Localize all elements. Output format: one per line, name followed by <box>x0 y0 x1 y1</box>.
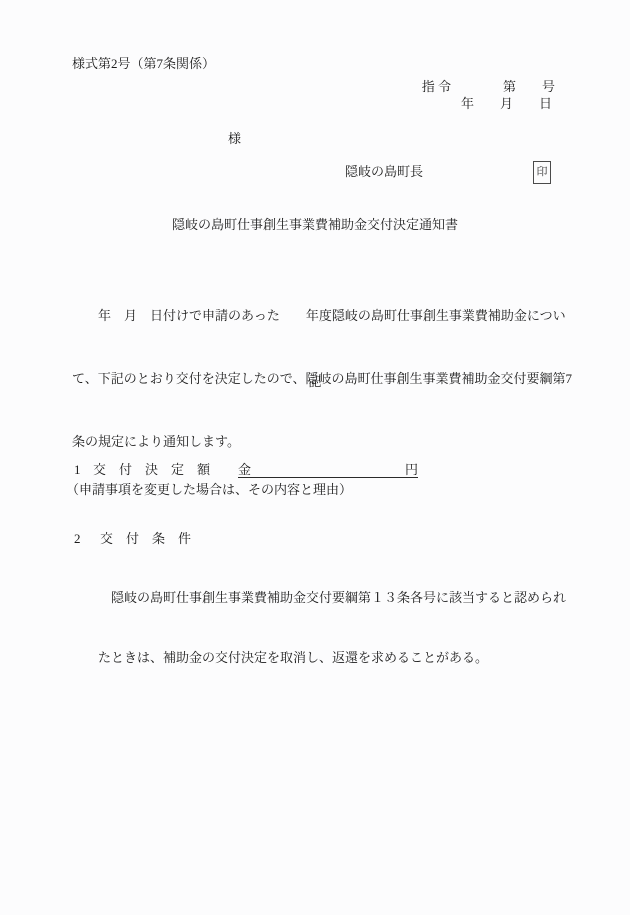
section1-note: （申請事項を変更した場合は、その内容と理由） <box>66 482 352 498</box>
date-line: 年 月 日 <box>461 96 552 112</box>
amount-suffix: 円 <box>405 462 418 477</box>
document-title: 隠岐の島町仕事創生事業費補助金交付決定通知書 <box>0 217 630 233</box>
seal-box: 印 <box>533 161 551 184</box>
addressee-honorific: 様 <box>228 131 241 147</box>
section2-heading-line: 2 交 付 条 件 <box>0 531 630 549</box>
section1-heading: 交 付 決 定 額 <box>93 462 210 478</box>
form-number: 様式第2号（第7条関係） <box>72 56 215 72</box>
ki-marker: 記 <box>0 374 630 390</box>
seal-label: 印 <box>537 166 548 180</box>
issuer-name: 隠岐の島町長 <box>345 164 423 180</box>
amount-blank-field: 金 円 <box>238 462 418 478</box>
section2-line: たときは、補助金の交付決定を取消し、返還を求めることがある。 <box>72 648 566 668</box>
section1-heading-line: 1 交 付 決 定 額 金 円 <box>0 462 630 480</box>
body-line: 条の規定により通知します。 <box>72 431 572 452</box>
section1-number: 1 <box>74 462 81 478</box>
section2-body: 隠岐の島町仕事創生事業費補助金交付要綱第１３条各号に該当すると認められ たときは… <box>72 548 566 708</box>
section2-heading: 交 付 条 件 <box>100 531 191 547</box>
section2-line: 隠岐の島町仕事創生事業費補助金交付要綱第１３条各号に該当すると認められ <box>72 588 566 608</box>
document-page: 様式第2号（第7条関係） 指 令 第 号 年 月 日 様 隠岐の島町長 印 隠岐… <box>0 0 630 915</box>
amount-prefix: 金 <box>238 462 251 477</box>
body-line: 年 月 日付けで申請のあった 年度隠岐の島町仕事創生事業費補助金につい <box>72 305 572 326</box>
section2-number: 2 <box>74 531 81 547</box>
directive-number-line: 指 令 第 号 <box>422 79 555 95</box>
